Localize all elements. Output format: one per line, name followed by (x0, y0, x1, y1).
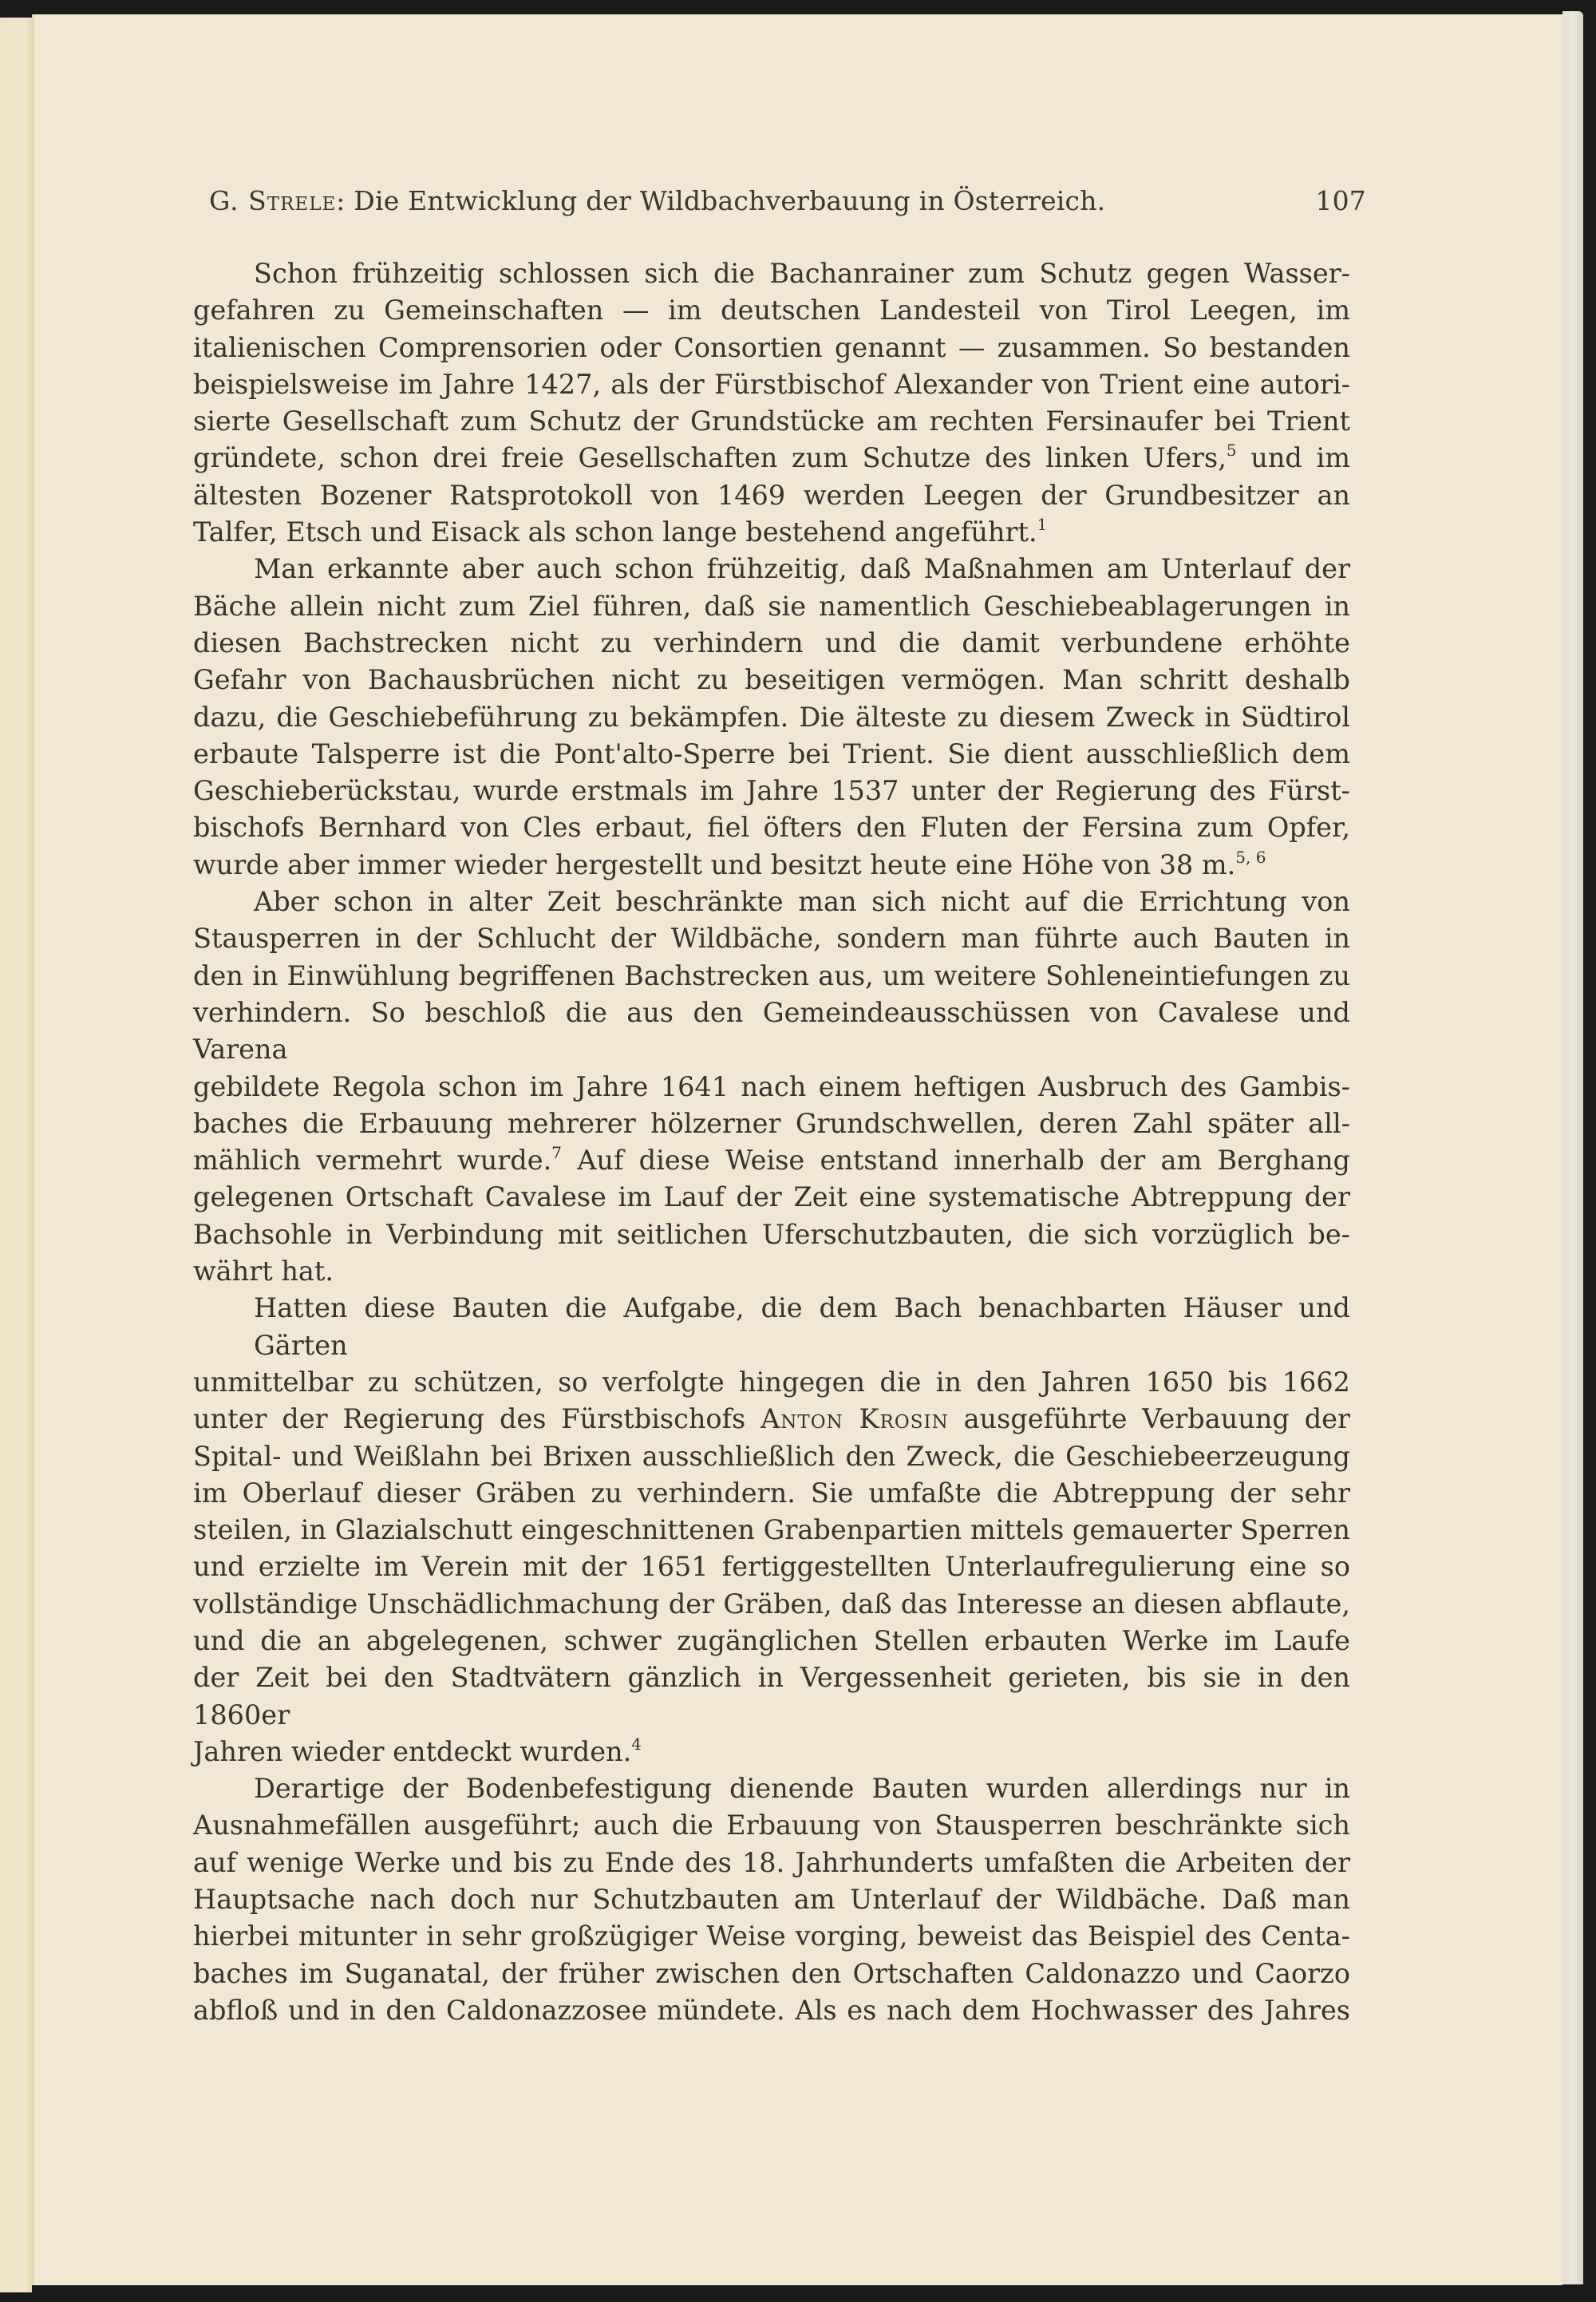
text-line: Gefahr von Bachausbrüchen nicht zu besei… (193, 662, 1350, 698)
running-head-title: G. Strele: Die Entwicklung der Wildbachv… (209, 185, 1105, 216)
footnote-ref: 4 (631, 1734, 642, 1754)
person-name: Anton Krosin (760, 1403, 949, 1434)
footnote-ref: 5 (1227, 441, 1237, 460)
text-line: Stausperren in der Schlucht der Wildbäch… (193, 920, 1350, 957)
footnote-ref: 7 (551, 1143, 562, 1162)
text-line: Jahren wieder entdeckt wurden.4 (193, 1734, 1350, 1770)
text-line: Derartige der Bodenbefestigung dienende … (193, 1770, 1350, 1807)
line-text: und im (1237, 442, 1350, 473)
page-stack-edge (1562, 11, 1583, 2284)
text-line: steilen, in Glazialschutt eingeschnitten… (193, 1512, 1350, 1549)
text-line: abfloß und in den Caldonazzosee mündete.… (193, 1992, 1350, 2029)
page-number: 107 (1315, 185, 1366, 216)
text-line: gründete, schon drei freie Gesellschafte… (193, 440, 1350, 477)
text-line: der Zeit bei den Stadtvätern gänzlich in… (193, 1659, 1350, 1734)
text-line: Hauptsache nach doch nur Schutzbauten am… (193, 1881, 1350, 1918)
text-line: bischofs Bernhard von Cles erbaut, fiel … (193, 809, 1350, 846)
text-line: im Oberlauf dieser Gräben zu verhindern.… (193, 1475, 1350, 1512)
author-name: G. Strele (209, 185, 336, 216)
paragraph-3: Aber schon in alter Zeit beschränkte man… (193, 884, 1350, 1290)
text-line: sierte Gesellschaft zum Schutz der Grund… (193, 403, 1350, 440)
footnote-ref: 5, 6 (1235, 848, 1266, 867)
text-line: italienischen Comprensorien oder Consort… (193, 330, 1350, 366)
text-line: gefahren zu Gemeinschaften — im deutsche… (193, 292, 1350, 329)
text-line: Talfer, Etsch und Eisack als schon lange… (193, 514, 1350, 551)
text-line: Spital- und Weißlahn bei Brixen ausschli… (193, 1438, 1350, 1475)
running-head: G. Strele: Die Entwicklung der Wildbachv… (209, 185, 1366, 216)
text-line: verhindern. So beschloß die aus den Geme… (193, 995, 1350, 1069)
text-line: dazu, die Geschiebeführung zu bekämpfen.… (193, 699, 1350, 736)
text-line: Ausnahmefällen ausgeführt; auch die Erba… (193, 1807, 1350, 1844)
body-text: Schon frühzeitig schlossen sich die Bach… (193, 255, 1350, 2029)
line-text: wurde aber immer wieder hergestellt und … (193, 849, 1235, 880)
text-line: erbaute Talsperre ist die Pont'alto-Sper… (193, 736, 1350, 773)
text-line: Hatten diese Bauten die Aufgabe, die dem… (193, 1290, 1350, 1364)
text-line: hierbei mitunter in sehr großzügiger Wei… (193, 1918, 1350, 1955)
line-text: ausgeführte Verbauung der (949, 1403, 1350, 1434)
text-line: gelegenen Ortschaft Cavalese im Lauf der… (193, 1179, 1350, 1216)
line-text: gründete, schon drei freie Gesellschafte… (193, 442, 1227, 473)
paragraph-4: Hatten diese Bauten die Aufgabe, die dem… (193, 1290, 1350, 1770)
text-line: baches die Erbauung mehrerer hölzerner G… (193, 1106, 1350, 1142)
text-line: und die an abgelegenen, schwer zugänglic… (193, 1623, 1350, 1659)
text-line: baches im Suganatal, der früher zwischen… (193, 1956, 1350, 1992)
text-line: Bachsohle in Verbindung mit seitlichen U… (193, 1216, 1350, 1253)
line-text: Talfer, Etsch und Eisack als schon lange… (193, 516, 1037, 548)
text-line: Man erkannte aber auch schon frühzeitig,… (193, 551, 1350, 587)
facing-page-edge (0, 18, 32, 2292)
line-text: Jahren wieder entdeckt wurden. (193, 1736, 631, 1767)
text-line: unmittelbar zu schützen, so verfolgte hi… (193, 1364, 1350, 1401)
text-line: mählich vermehrt wurde.7 Auf diese Weise… (193, 1142, 1350, 1179)
text-line: und erzielte im Verein mit der 1651 fert… (193, 1549, 1350, 1585)
paragraph-1: Schon frühzeitig schlossen sich die Bach… (193, 255, 1350, 551)
text-line: ältesten Bozener Ratsprotokoll von 1469 … (193, 477, 1350, 514)
text-line: Aber schon in alter Zeit beschränkte man… (193, 884, 1350, 920)
line-text: mählich vermehrt wurde. (193, 1145, 551, 1176)
paragraph-2: Man erkannte aber auch schon frühzeitig,… (193, 551, 1350, 884)
text-line: auf wenige Werke und bis zu Ende des 18.… (193, 1845, 1350, 1881)
text-line: wurde aber immer wieder hergestellt und … (193, 847, 1350, 884)
text-line: gebildete Regola schon im Jahre 1641 nac… (193, 1069, 1350, 1106)
text-line: diesen Bachstrecken nicht zu verhindern … (193, 625, 1350, 662)
footnote-ref: 1 (1037, 515, 1048, 534)
text-line: den in Einwühlung begriffenen Bachstreck… (193, 958, 1350, 995)
paragraph-5: Derartige der Bodenbefestigung dienende … (193, 1770, 1350, 2029)
text-line: Schon frühzeitig schlossen sich die Bach… (193, 255, 1350, 292)
text-line: unter der Regierung des Fürstbischofs An… (193, 1401, 1350, 1438)
text-line: vollständige Unschädlichmachung der Gräb… (193, 1586, 1350, 1623)
text-line: Bäche allein nicht zum Ziel führen, daß … (193, 588, 1350, 625)
line-text: Auf diese Weise entstand innerhalb der a… (562, 1145, 1350, 1176)
text-line: währt hat. (193, 1253, 1350, 1290)
line-text: unter der Regierung des Fürstbischofs (193, 1403, 760, 1434)
text-line: beispielsweise im Jahre 1427, als der Fü… (193, 366, 1350, 403)
text-line: Geschieberückstau, wurde erstmals im Jah… (193, 773, 1350, 809)
article-title: : Die Entwicklung der Wildbachverbauung … (336, 185, 1105, 216)
